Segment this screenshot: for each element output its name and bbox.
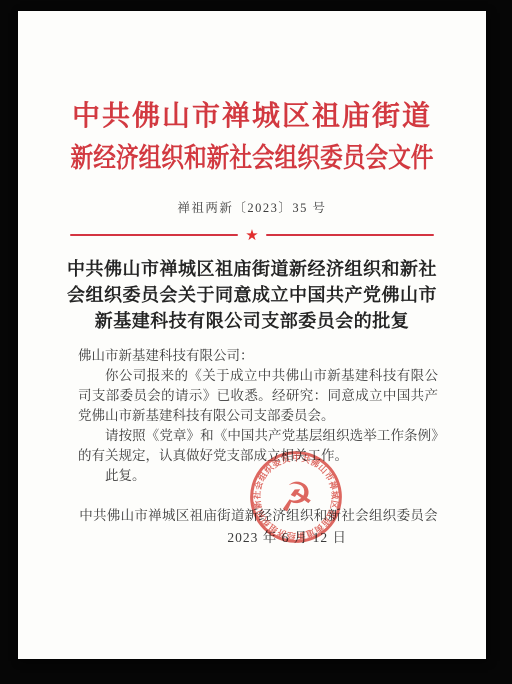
body-paragraph-3: 此复。 <box>78 466 438 486</box>
letterhead-line-2-wrap: 新经济组织和新社会组织委员会文件 <box>18 141 486 175</box>
star-icon: ★ <box>245 227 258 243</box>
signature-org: 中共佛山市禅城区祖庙街道新经济组织和新社会组织委员会 <box>78 506 438 526</box>
header-divider: ★ <box>70 227 434 243</box>
document-page: 中共佛山市禅城区祖庙街道 新经济组织和新社会组织委员会文件 禅祖两新〔2023〕… <box>18 11 486 659</box>
divider-line-right <box>266 234 434 236</box>
addressee: 佛山市新基建科技有限公司： <box>78 346 438 366</box>
title-line-2: 会组织委员会关于同意成立中国共产党佛山市 <box>18 282 486 308</box>
letterhead-line-1: 中共佛山市禅城区祖庙街道 <box>18 100 486 134</box>
divider-line-left <box>70 234 238 236</box>
title-line-3: 新基建科技有限公司支部委员会的批复 <box>18 308 486 334</box>
title-line-1: 中共佛山市禅城区祖庙街道新经济组织和新社 <box>18 256 486 282</box>
document-number: 禅祖两新〔2023〕35 号 <box>18 200 486 216</box>
photo-background: 中共佛山市禅城区祖庙街道 新经济组织和新社会组织委员会文件 禅祖两新〔2023〕… <box>0 0 512 684</box>
body-paragraph-2: 请按照《党章》和《中国共产党基层组织选举工作条例》的有关规定，认真做好党支部成立… <box>78 426 438 466</box>
signature-date: 2023 年 6 月 12 日 <box>78 528 438 548</box>
document-body: 佛山市新基建科技有限公司： 你公司报来的《关于成立中共佛山市新基建科技有限公司支… <box>78 346 438 548</box>
document-title: 中共佛山市禅城区祖庙街道新经济组织和新社 会组织委员会关于同意成立中国共产党佛山… <box>18 256 486 334</box>
letterhead-line-2: 新经济组织和新社会组织委员会文件 <box>71 141 434 175</box>
body-paragraph-1: 你公司报来的《关于成立中共佛山市新基建科技有限公司支部委员会的请示》已收悉。经研… <box>78 366 438 426</box>
